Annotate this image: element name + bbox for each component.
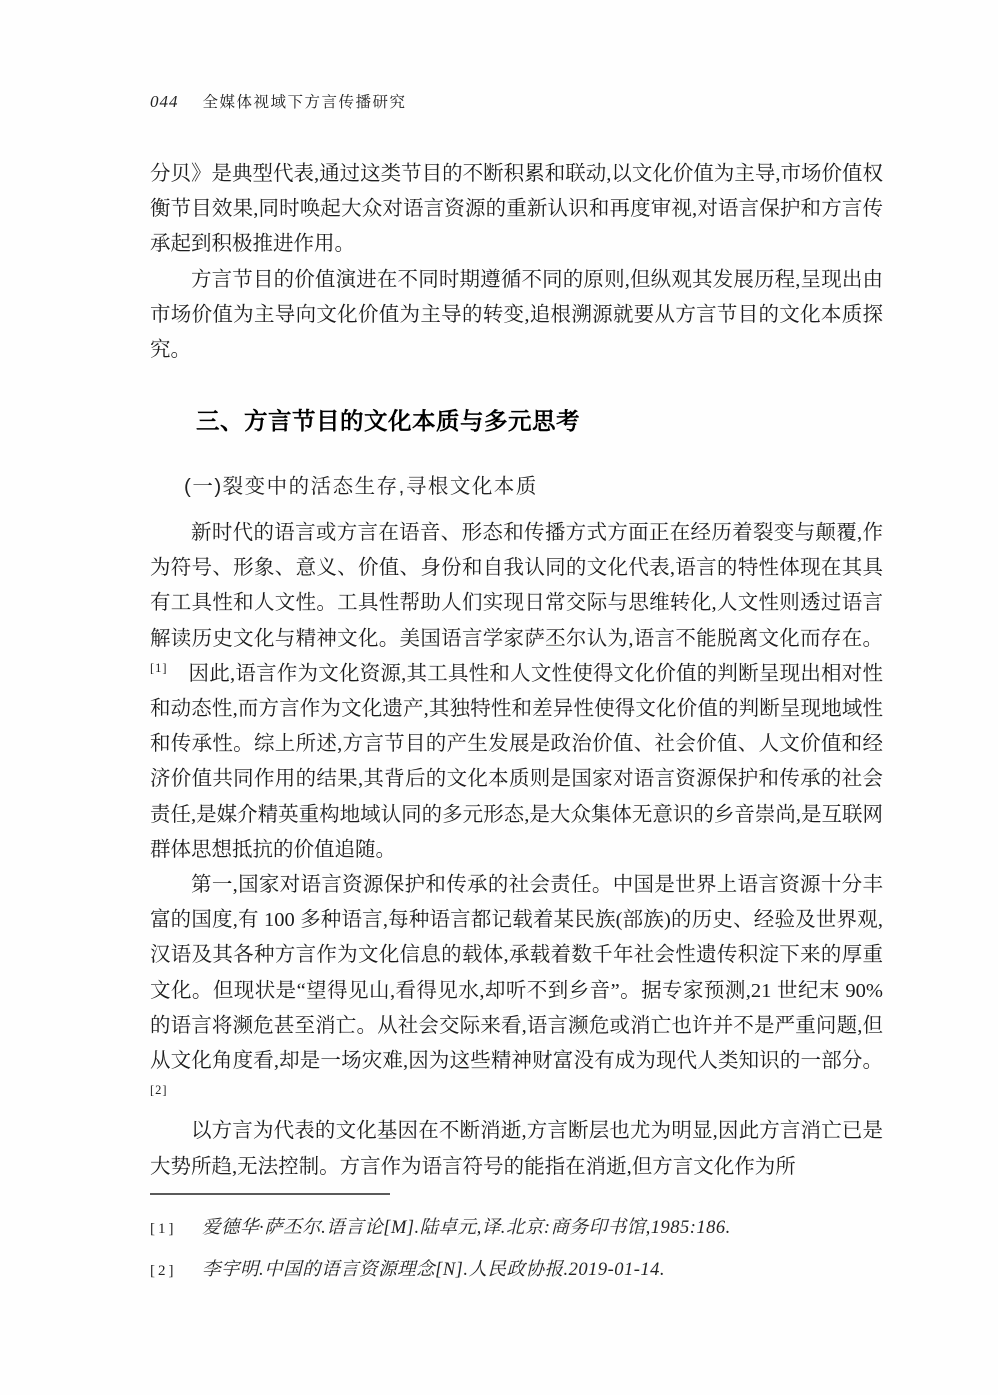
running-header: 044 全媒体视域下方言传播研究 [150,90,407,112]
paragraph-language-fission: 新时代的语言或方言在语音、形态和传播方式方面正在经历着裂变与颠覆,作为符号、形象… [150,516,883,868]
footnote-1: [1]爱德华·萨丕尔.语言论[M].陆卓元,译.北京:商务印书馆,1985:18… [150,1218,883,1240]
footnote-1-text: 爱德华·萨丕尔.语言论[M].陆卓元,译.北京:商务印书馆,1985:186. [202,1218,731,1238]
running-title: 全媒体视域下方言传播研究 [203,90,407,112]
section-heading: 三、方言节目的文化本质与多元思考 [196,402,580,436]
subsection-heading: (一)裂变中的活态生存,寻根文化本质 [184,469,538,499]
page-number: 044 [150,92,179,112]
footnote-ref-1: [1] [150,661,168,675]
footnote-2-text: 李宇明.中国的语言资源理念[N].人民政协报.2019-01-14. [202,1260,665,1280]
paragraph-value-evolution: 方言节目的价值演进在不同时期遵循不同的原则,但纵观其发展历程,呈现出由市场价值为… [150,263,883,369]
paragraph-continuation: 分贝》是典型代表,通过这类节目的不断积累和联动,以文化价值为主导,市场价值权衡节… [150,157,883,263]
footnote-2-marker: [2] [150,1261,202,1282]
book-page: 044 全媒体视域下方言传播研究 分贝》是典型代表,通过这类节目的不断积累和联动… [0,0,998,1395]
footnote-2: [2]李宇明.中国的语言资源理念[N].人民政协报.2019-01-14. [150,1260,883,1282]
paragraph-language-fission-cont: 因此,语言作为文化资源,其工具性和人文性使得文化价值的判断呈现出相对性和动态性,… [150,663,883,861]
footnote-separator [150,1193,390,1195]
paragraph-national-responsibility: 第一,国家对语言资源保护和传承的社会责任。中国是世界上语言资源十分丰富的国度,有… [150,868,883,1114]
paragraph-language-fission-text: 新时代的语言或方言在语音、形态和传播方式方面正在经历着裂变与颠覆,作为符号、形象… [150,522,883,650]
text-block-main: 新时代的语言或方言在语音、形态和传播方式方面正在经历着裂变与颠覆,作为符号、形象… [150,516,883,1185]
footnote-1-marker: [1] [150,1219,202,1240]
paragraph-dialect-gene: 以方言为代表的文化基因在不断消逝,方言断层也尤为明显,因此方言消亡已是大势所趋,… [150,1114,883,1184]
text-block-top: 分贝》是典型代表,通过这类节目的不断积累和联动,以文化价值为主导,市场价值权衡节… [150,157,883,368]
footnotes-section: [1]爱德华·萨丕尔.语言论[M].陆卓元,译.北京:商务印书馆,1985:18… [150,1193,883,1282]
paragraph-national-responsibility-text: 第一,国家对语言资源保护和传承的社会责任。中国是世界上语言资源十分丰富的国度,有… [150,874,883,1072]
footnote-ref-2: [2] [150,1083,168,1097]
